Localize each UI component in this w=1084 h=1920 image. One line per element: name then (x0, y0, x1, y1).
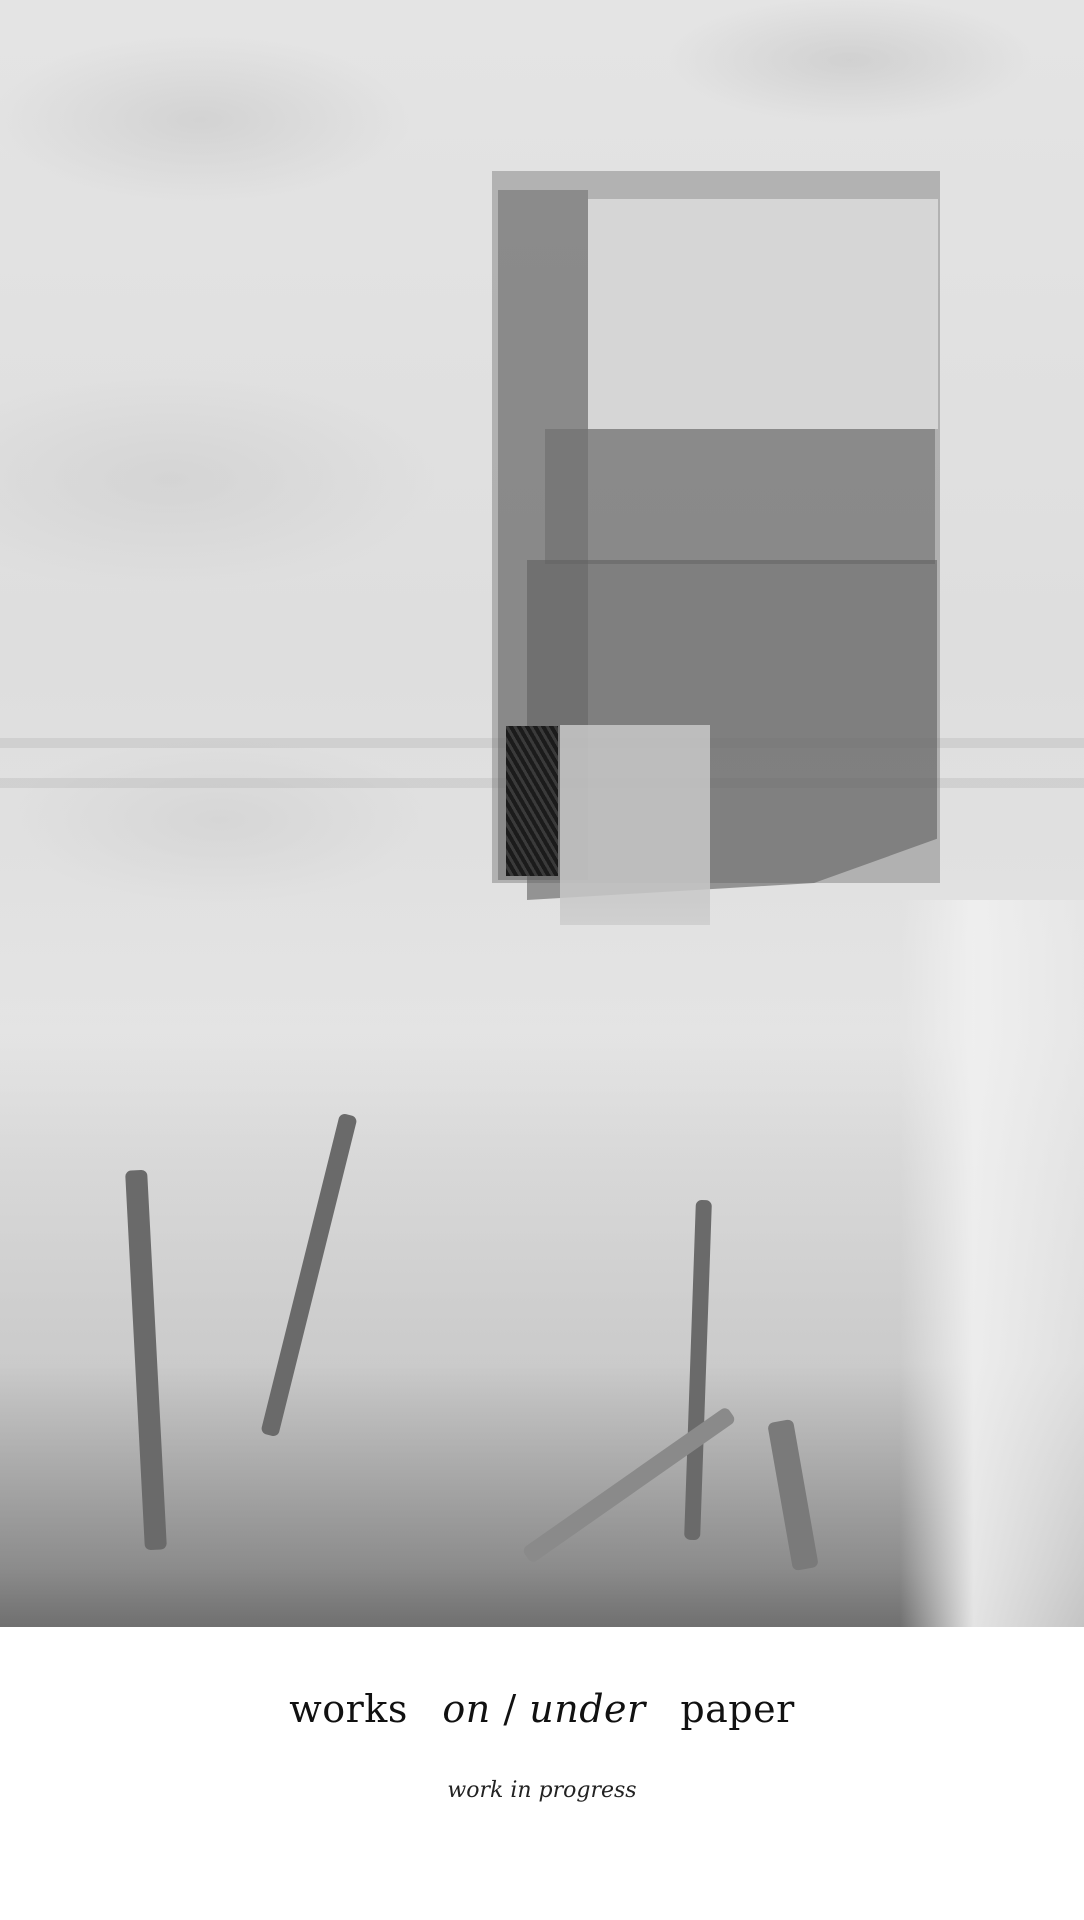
tree-trunk (260, 1113, 357, 1438)
caption-area (0, 1627, 1084, 1920)
tree-trunk (125, 1170, 167, 1551)
title-separator: / (503, 1687, 516, 1731)
light-veil (900, 900, 1084, 1627)
fallen-branch (521, 1406, 736, 1564)
title-on: on (442, 1687, 490, 1731)
tree-trunk (684, 1200, 712, 1540)
title-under: under (529, 1687, 645, 1731)
paper-block-torn (560, 725, 710, 925)
title-works: works (289, 1687, 408, 1731)
subtitle: work in progress (0, 1778, 1084, 1803)
paper-block-mid (545, 429, 935, 564)
page-title: works on / under paper (0, 1687, 1084, 1731)
dark-slot (506, 726, 558, 876)
title-paper: paper (680, 1687, 794, 1731)
artwork-image (0, 0, 1084, 1627)
tree-trunk (767, 1419, 819, 1571)
paper-sheet-light (588, 199, 938, 429)
